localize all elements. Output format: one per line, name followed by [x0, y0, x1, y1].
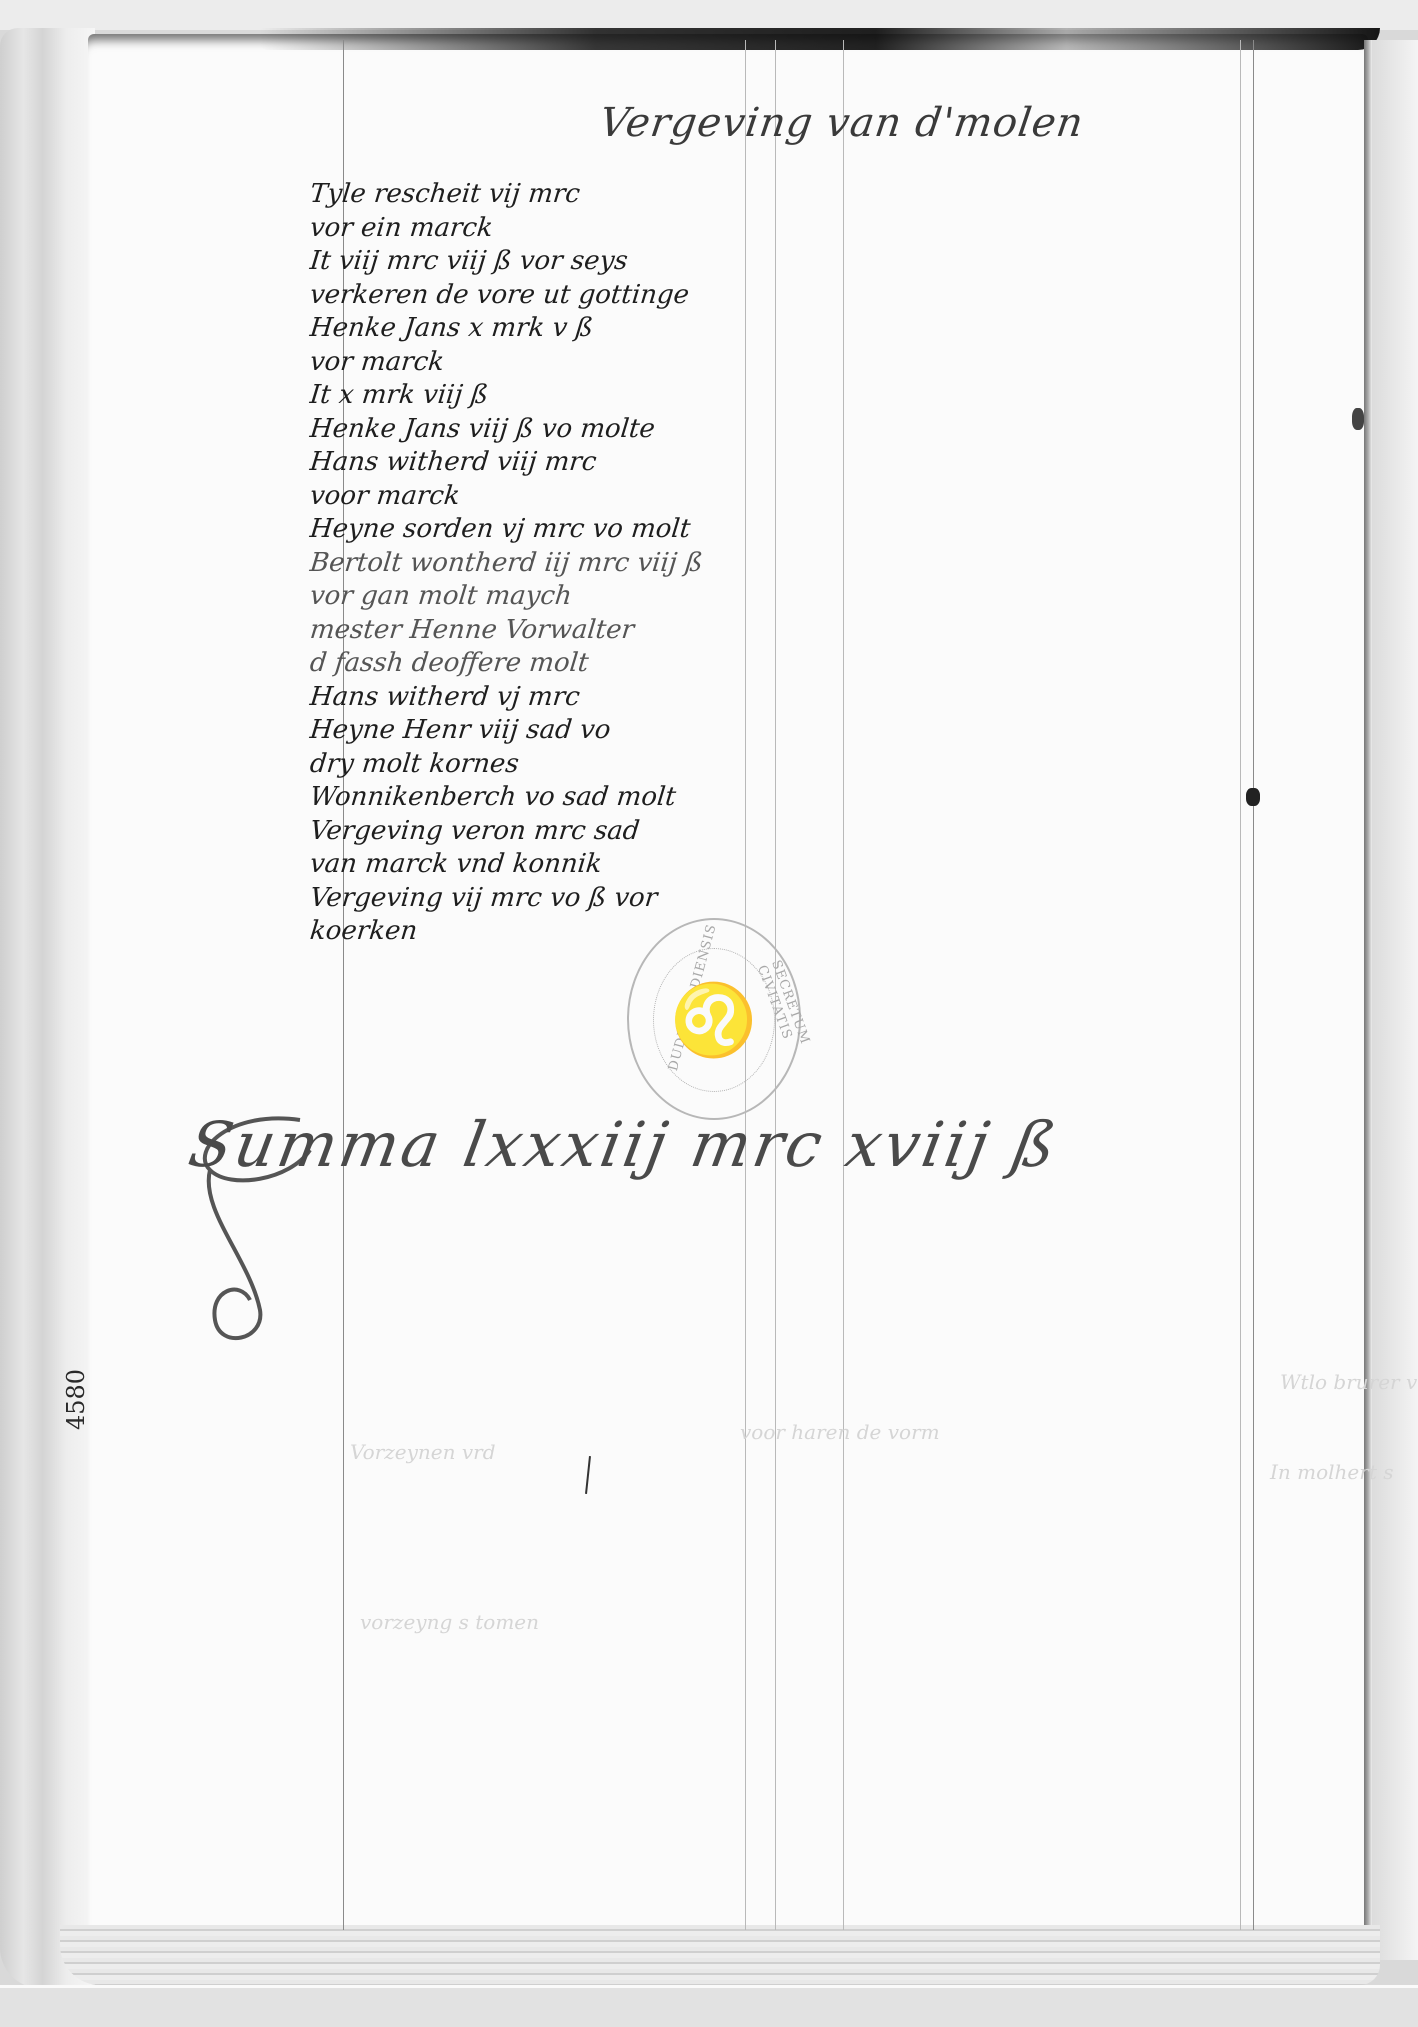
entry-line: van marck vnd konnik — [308, 848, 812, 882]
entry-line: voor marck — [308, 480, 812, 514]
book-gutter — [1364, 40, 1372, 1960]
archive-seal-stamp: DUDERSTADIENSIS SECRETUM CIVITATIS ♌ — [627, 918, 801, 1120]
ink-blot — [1246, 788, 1260, 806]
folio-heading: Vergeving van d'molen — [597, 100, 1087, 146]
entry-line: mester Henne Vorwalter — [308, 614, 812, 648]
entry-line: Heyne sorden vj mrc vo molt — [308, 513, 812, 547]
facing-page-edge — [1372, 40, 1418, 1960]
bleedthrough-text: In molhert s — [1270, 1460, 1393, 1484]
scan-top-strip — [0, 0, 1418, 30]
lion-emblem-icon: ♌ — [653, 948, 775, 1092]
account-entries: Tyle rescheit vij mrc vor ein marck It v… — [310, 178, 810, 949]
entry-line: d fassh deoffere molt — [308, 647, 812, 681]
entry-line: Vergeving vij mrc vo ß vor — [308, 882, 812, 916]
entry-line: Heyne Henr viij sad vo — [308, 714, 812, 748]
entry-line: Bertolt wontherd iij mrc viij ß — [308, 547, 812, 581]
entry-line: vor gan molt maych — [308, 580, 812, 614]
ruling-line-col-3 — [843, 40, 844, 1930]
bleedthrough-text: voor haren de vorm — [740, 1420, 940, 1444]
entry-line: It x mrk viij ß — [308, 379, 812, 413]
ruling-line-right-inner — [1240, 40, 1241, 1930]
book-edge-left — [0, 28, 95, 1988]
bleedthrough-text: Vorzeynen vrd — [350, 1440, 496, 1464]
bleedthrough-text: Wtlo brurer vor tin — [1280, 1370, 1418, 1394]
entry-line: vor ein marck — [308, 212, 812, 246]
entry-line: Henke Jans x mrk v ß — [308, 312, 812, 346]
entry-line: dry molt kornes — [308, 748, 812, 782]
entry-line: Wonnikenberch vo sad molt — [308, 781, 812, 815]
entry-line: Vergeving veron mrc sad — [308, 815, 812, 849]
margin-folio-number: 4580 — [62, 1369, 90, 1430]
scan-bottom-strip — [0, 1985, 1418, 2027]
summa-total: Summa lxxxiij mrc xviij ß — [184, 1108, 1065, 1181]
page-top-stain — [260, 28, 1380, 50]
page-bottom-edge — [60, 1925, 1380, 1985]
entry-line: It viij mrc viij ß vor seys — [308, 245, 812, 279]
ruling-line-right-margin — [1253, 40, 1254, 1930]
entry-line: Hans witherd vj mrc — [308, 681, 812, 715]
binding-nail — [1352, 408, 1364, 430]
entry-line: verkeren de vore ut gottinge — [308, 279, 812, 313]
bleedthrough-text: vorzeyng s tomen — [360, 1610, 539, 1634]
entry-line: vor marck — [308, 346, 812, 380]
entry-line: Henke Jans viij ß vo molte — [308, 413, 812, 447]
entry-line: Hans witherd viij mrc — [308, 446, 812, 480]
entry-line: Tyle rescheit vij mrc — [308, 178, 812, 212]
